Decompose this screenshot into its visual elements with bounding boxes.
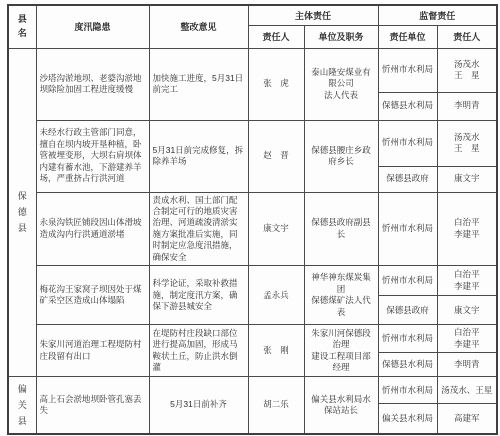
hazard-cell: 梅花沟王家窝子坝因处于煤矿采空区造成山体塌陷 <box>36 266 149 325</box>
sup-unit-cell: 忻州市水利局 <box>378 120 437 166</box>
header-unit-and-post: 单位及职务 <box>304 25 378 48</box>
header-fix: 整改意见 <box>149 5 248 48</box>
header-responsible-person: 责任人 <box>248 25 304 48</box>
header-responsible-unit: 责任单位 <box>378 25 437 48</box>
sup-unit-cell: 忻州市水利局 <box>378 48 437 92</box>
fix-cell: 5月31日前完成修复，拆除养羊场 <box>149 120 248 192</box>
sup-person-cell: 白治平 李建平 <box>437 192 497 266</box>
hazard-cell: 朱家川河道治理工程堤防村庄段留有出口 <box>36 325 149 377</box>
sup-person-cell: 白治平 李建平 <box>437 325 497 353</box>
person-cell: 赵 晋 <box>248 120 304 192</box>
county-cell-pianguan: 偏关县 <box>8 377 36 434</box>
hazard-cell: 沙塔沟淤地坝、老婆沟淤地坝除险加固工程进度缓慢 <box>36 48 149 120</box>
sup-unit-cell: 忻州市水利局 <box>378 192 437 266</box>
unit-cell: 朱家川河保德段治理 建设工程项目部 经理 <box>304 325 378 377</box>
sup-unit-cell: 忻州市水利局 <box>378 266 437 296</box>
person-cell: 胡二乐 <box>248 377 304 434</box>
hazard-cell: 未经水行政主管部门同意，擅自在坝内坡开垦种植，卧管被埋变形，大坝右肩坝体内建有蓄… <box>36 120 149 192</box>
header-county: 县名 <box>8 5 36 48</box>
sup-person-cell: 康文宇 <box>437 296 497 325</box>
county-cell-baode: 保德县 <box>8 48 36 377</box>
sup-person-cell: 高建军 <box>437 404 497 434</box>
header-main-responsibility: 主体责任 <box>248 5 378 25</box>
table-row: 保德县 沙塔沟淤地坝、老婆沟淤地坝除险加固工程进度缓慢 加快施工进度，5月31日… <box>8 48 497 92</box>
sup-unit-cell: 保德县政府 <box>378 296 437 325</box>
person-cell: 张 虎 <box>248 48 304 120</box>
sup-unit-cell: 忻州市水利局 <box>378 377 437 404</box>
unit-cell: 保德县腰庄乡政府乡长 <box>304 120 378 192</box>
sup-person-cell: 康文宇 <box>437 166 497 192</box>
table-row: 未经水行政主管部门同意，擅自在坝内坡开垦种植，卧管被埋变形，大坝右肩坝体内建有蓄… <box>8 120 497 166</box>
header-hazard: 度汛隐患 <box>36 5 149 48</box>
fix-cell: 加快施工进度，5月31日前完工 <box>149 48 248 120</box>
person-cell: 康文宇 <box>248 192 304 266</box>
fix-cell: 5月31日前补齐 <box>149 377 248 434</box>
table-row: 永泉沟铁匠铺段因山体滑坡造成沟内行洪通道淤堵 责成水利、国土部门配合制定可行的地… <box>8 192 497 266</box>
unit-cell: 泰山隆安煤业有限公司 法人代表 <box>304 48 378 120</box>
fix-cell: 在堤防村庄段缺口部位进行提高加固，形成马鞍状土丘，防止洪水倒灌 <box>149 325 248 377</box>
person-cell: 孟永兵 <box>248 266 304 325</box>
unit-cell: 偏关县水利局水保站站长 <box>304 377 378 434</box>
hazard-cell: 高上石会淤地坝卧管孔塞丢失 <box>36 377 149 434</box>
sup-person-cell: 李明青 <box>437 353 497 377</box>
fix-cell: 科学论证，采取补救措施，制定度汛方案，确保下游县城安全 <box>149 266 248 325</box>
sup-unit-cell: 保德县政府 <box>378 166 437 192</box>
flood-hazard-responsibility-table: 县名 度汛隐患 整改意见 主体责任 监督责任 责任人 单位及职务 责任单位 责任… <box>7 4 498 435</box>
table-row: 朱家川河道治理工程堤防村庄段留有出口 在堤防村庄段缺口部位进行提高加固，形成马鞍… <box>8 325 497 353</box>
sup-unit-cell: 保德县水利局 <box>378 353 437 377</box>
sup-person-cell: 白治平 李建平 <box>437 266 497 296</box>
unit-cell: 保德县政府副县长 <box>304 192 378 266</box>
table-row: 梅花沟王家窝子坝因处于煤矿采空区造成山体塌陷 科学论证，采取补救措施，制定度汛方… <box>8 266 497 296</box>
sup-unit-cell: 偏关县水利局 <box>378 404 437 434</box>
unit-cell: 神华神东煤炭集团 保德煤矿法人代表 <box>304 266 378 325</box>
hazard-cell: 永泉沟铁匠铺段因山体滑坡造成沟内行洪通道淤堵 <box>36 192 149 266</box>
table-row: 偏关县 高上石会淤地坝卧管孔塞丢失 5月31日前补齐 胡二乐 偏关县水利局水保站… <box>8 377 497 404</box>
fix-cell: 责成水利、国土部门配合制定可行的地质灾害治理、河道疏浚清淤实施方案批准后实施，同… <box>149 192 248 266</box>
header-row-1: 县名 度汛隐患 整改意见 主体责任 监督责任 <box>8 5 497 25</box>
sup-unit-cell: 保德县水利局 <box>378 92 437 120</box>
sup-person-cell: 汤茂水、王星 <box>437 377 497 404</box>
sup-person-cell: 汤茂水 王 星 <box>437 120 497 166</box>
sup-person-cell: 汤茂水 王 星 <box>437 48 497 92</box>
header-supervision-responsibility: 监督责任 <box>378 5 497 25</box>
person-cell: 张 刚 <box>248 325 304 377</box>
header-sup-responsible-person: 责任人 <box>437 25 497 48</box>
sup-unit-cell: 忻州市水利局 <box>378 325 437 353</box>
sup-person-cell: 李明青 <box>437 92 497 120</box>
